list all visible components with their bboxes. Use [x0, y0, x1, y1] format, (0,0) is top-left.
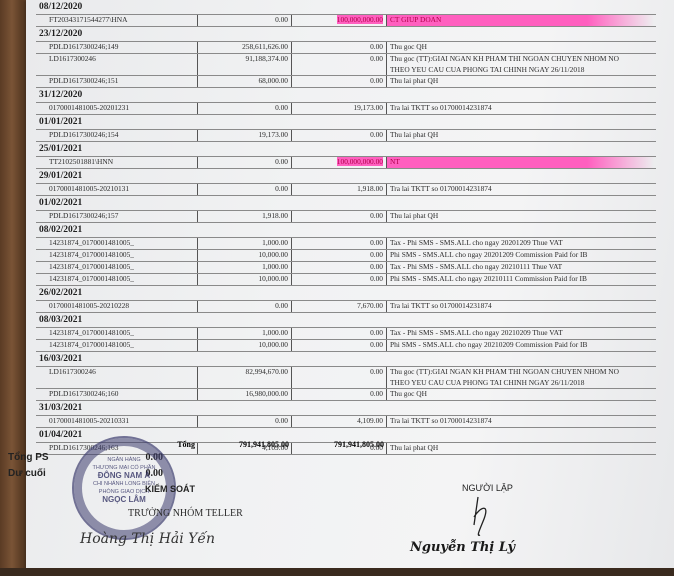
transaction-row: FT20343171544277\HNA0.00100,000,000.00CT… — [36, 15, 656, 27]
credit-amount: 0.00 — [292, 238, 387, 249]
credit-amount: 0.00 — [292, 54, 387, 75]
transaction-reference: 0170001481005-20210331 — [36, 416, 198, 427]
credit-amount: 0.00 — [292, 130, 387, 141]
date-header: 01/01/2021 — [36, 115, 656, 130]
debit-amount: 258,611,626.00 — [198, 42, 292, 53]
debit-amount: 10,000.00 — [198, 340, 292, 351]
debit-amount: 0.00 — [198, 416, 292, 427]
credit-amount: 0.00 — [292, 42, 387, 53]
transaction-row: PDLD1617300246;16016,980,000.000.00Thu g… — [36, 389, 656, 401]
credit-amount: 4,109.00 — [292, 416, 387, 427]
stamp-text: NGÂN HÀNG — [88, 456, 160, 464]
transaction-reference: PDLD1617300246;149 — [36, 42, 198, 53]
debit-amount: 82,994,670.00 — [198, 367, 292, 388]
preparer-title: NGƯỜI LẬP — [462, 483, 513, 493]
date-header: 08/12/2020 — [36, 0, 656, 15]
credit-amount: 0.00 — [292, 340, 387, 351]
date-header: 31/03/2021 — [36, 401, 656, 416]
debit-amount: 19,173.00 — [198, 130, 292, 141]
debit-amount: 91,188,374.00 — [198, 54, 292, 75]
transaction-row: 14231874_0170001481005_1,000.000.00Tax -… — [36, 262, 656, 274]
transaction-reference: 14231874_0170001481005_ — [36, 328, 198, 339]
debit-amount: 0.00 — [198, 301, 292, 312]
stamp-text: ĐÔNG NAM Á — [88, 472, 160, 480]
transaction-reference: 0170001481005-20201231 — [36, 103, 198, 114]
transaction-row: PDLD1617300246;15419,173.000.00Thu lai p… — [36, 130, 656, 142]
transaction-row: 0170001481005-202102280.007,670.00Tra la… — [36, 301, 656, 313]
debit-amount: 1,000.00 — [198, 238, 292, 249]
credit-amount: 0.00 — [292, 328, 387, 339]
transaction-description: Thu goc (TT):GIAI NGAN KH PHAM THI NGOAN… — [387, 367, 654, 388]
transaction-row: PDLD1617300246;1571,918.000.00Thu lai ph… — [36, 211, 656, 223]
transaction-table: 08/12/2020FT20343171544277\HNA0.00100,00… — [36, 0, 656, 455]
transaction-description: Thu goc (TT):GIAI NGAN KH PHAM THI NGOAN… — [387, 54, 654, 75]
credit-amount: 19,173.00 — [292, 103, 387, 114]
credit-amount: 0.00 — [292, 211, 387, 222]
transaction-description: Tra lai TKTT so 01700014231874 — [387, 184, 654, 195]
preparer-signature-name: Nguyễn Thị Lý — [410, 540, 515, 555]
transaction-reference: TT2102501881\HNN — [36, 157, 198, 168]
date-header: 26/02/2021 — [36, 286, 656, 301]
credit-amount: 1,918.00 — [292, 184, 387, 195]
debit-amount: 1,918.00 — [198, 211, 292, 222]
transaction-row: 0170001481005-202103310.004,109.00Tra la… — [36, 416, 656, 428]
date-header: 29/01/2021 — [36, 169, 656, 184]
transaction-row: PDLD1617300246;15168,000.000.00Thu lai p… — [36, 76, 656, 88]
transaction-description: Phi SMS - SMS.ALL cho ngay 20210209 Comm… — [387, 340, 654, 351]
transaction-reference: 14231874_0170001481005_ — [36, 340, 198, 351]
credit-amount: 0.00 — [292, 389, 387, 400]
debit-amount: 1,000.00 — [198, 328, 292, 339]
debit-amount: 10,000.00 — [198, 250, 292, 261]
transaction-reference: 0170001481005-20210131 — [36, 184, 198, 195]
transaction-reference: LD1617300246 — [36, 54, 198, 75]
debit-amount: 16,980,000.00 — [198, 389, 292, 400]
transaction-row: 14231874_0170001481005_10,000.000.00Phi … — [36, 250, 656, 262]
transaction-reference: PDLD1617300246;160 — [36, 389, 198, 400]
transaction-reference: PDLD1617300246;151 — [36, 76, 198, 87]
signature-scribble-icon — [470, 495, 500, 540]
date-header: 08/02/2021 — [36, 223, 656, 238]
transaction-description: Tra lai TKTT so 01700014231874 — [387, 103, 654, 114]
debit-amount: 0.00 — [198, 184, 292, 195]
credit-amount: 0.00 — [292, 367, 387, 388]
transaction-description: CT GIUP DOAN — [387, 15, 654, 26]
debit-amount: 0.00 — [198, 103, 292, 114]
totals-credit: 791,941,805.00 — [292, 439, 387, 453]
transaction-description: Tra lai TKTT so 01700014231874 — [387, 301, 654, 312]
controller-signature-name: Hoàng Thị Hải Yến — [80, 531, 215, 547]
transaction-row: LD161730024691,188,374.000.00Thu goc (TT… — [36, 54, 656, 76]
transaction-reference: 14231874_0170001481005_ — [36, 274, 198, 285]
transaction-description: Phi SMS - SMS.ALL cho ngay 20201209 Comm… — [387, 250, 654, 261]
transaction-description: Thu goc QH — [387, 389, 654, 400]
transaction-description: Tax - Phi SMS - SMS.ALL cho ngay 2021020… — [387, 328, 654, 339]
credit-amount: 100,000,000.00 — [292, 157, 387, 168]
debit-amount: 10,000.00 — [198, 274, 292, 285]
transaction-row: 0170001481005-202012310.0019,173.00Tra l… — [36, 103, 656, 115]
credit-amount: 0.00 — [292, 274, 387, 285]
date-header: 01/02/2021 — [36, 196, 656, 211]
credit-amount: 0.00 — [292, 262, 387, 273]
transaction-row: 14231874_0170001481005_1,000.000.00Tax -… — [36, 328, 656, 340]
debit-amount: 0.00 — [198, 15, 292, 26]
credit-amount: 0.00 — [292, 250, 387, 261]
totals-debit: 791,941,805.00 — [198, 439, 292, 453]
credit-amount: 7,670.00 — [292, 301, 387, 312]
transaction-description: Thu lai phat QH — [387, 76, 654, 87]
transaction-reference: PDLD1617300246;154 — [36, 130, 198, 141]
transaction-reference: LD1617300246 — [36, 367, 198, 388]
credit-amount: 0.00 — [292, 76, 387, 87]
transaction-description: Thu goc QH — [387, 42, 654, 53]
debit-amount: 68,000.00 — [198, 76, 292, 87]
transaction-reference: FT20343171544277\HNA — [36, 15, 198, 26]
transaction-row: 0170001481005-202101310.001,918.00Tra la… — [36, 184, 656, 196]
date-header: 08/03/2021 — [36, 313, 656, 328]
date-header: 31/12/2020 — [36, 88, 656, 103]
transaction-row: 14231874_0170001481005_10,000.000.00Phi … — [36, 274, 656, 286]
transaction-reference: 14231874_0170001481005_ — [36, 262, 198, 273]
table-edge — [0, 568, 674, 576]
transaction-row: TT2102501881\HNN0.00100,000,000.00NT — [36, 157, 656, 169]
transaction-description: Tax - Phi SMS - SMS.ALL cho ngay 2021011… — [387, 262, 654, 273]
transaction-row: 14231874_0170001481005_1,000.000.00Tax -… — [36, 238, 656, 250]
transaction-row: 14231874_0170001481005_10,000.000.00Phi … — [36, 340, 656, 352]
transaction-description: Thu lai phat QH — [387, 211, 654, 222]
transaction-description: NT — [387, 157, 654, 168]
transaction-description: Tax - Phi SMS - SMS.ALL cho ngay 2020120… — [387, 238, 654, 249]
transaction-row: PDLD1617300246;149258,611,626.000.00Thu … — [36, 42, 656, 54]
transaction-description: Tra lai TKTT so 01700014231874 — [387, 416, 654, 427]
date-header: 23/12/2020 — [36, 27, 656, 42]
transaction-reference: 14231874_0170001481005_ — [36, 238, 198, 249]
transaction-row: LD161730024682,994,670.000.00Thu goc (TT… — [36, 367, 656, 389]
controller-title: KIỂM SOÁT — [145, 484, 195, 494]
transaction-reference: 14231874_0170001481005_ — [36, 250, 198, 261]
credit-amount: 100,000,000.00 — [292, 15, 387, 26]
transaction-reference: PDLD1617300246;157 — [36, 211, 198, 222]
transaction-description: Phi SMS - SMS.ALL cho ngay 20210111 Comm… — [387, 274, 654, 285]
transaction-reference: 0170001481005-20210228 — [36, 301, 198, 312]
debit-amount: 0.00 — [198, 157, 292, 168]
date-header: 25/01/2021 — [36, 142, 656, 157]
stamp-text: NGỌC LÂM — [88, 496, 160, 504]
transaction-description: Thu lai phat QH — [387, 130, 654, 141]
controller-role: TRƯỞNG NHÓM TELLER — [128, 508, 243, 519]
date-header: 16/03/2021 — [36, 352, 656, 367]
debit-amount: 1,000.00 — [198, 262, 292, 273]
